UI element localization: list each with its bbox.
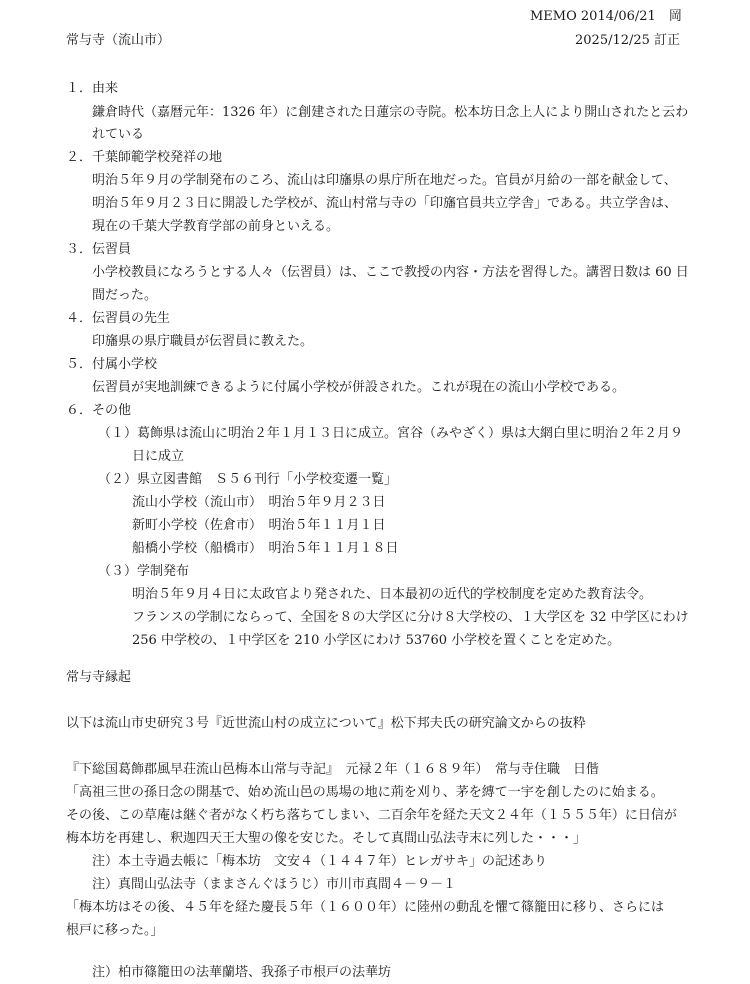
section-3-text: 間だった。 — [92, 289, 157, 302]
engi-source: 『下総国葛飾郡風早荘流山邑梅本山常与寺記』 元禄２年（１６８９年） 常与寺住職 … — [66, 763, 599, 776]
engi-note: 注）真間山弘法寺（ままさんぐほうじ）市川市真間４－９－１ — [92, 878, 456, 891]
engi-title: 常与寺縁起 — [66, 671, 131, 684]
section-3-heading: ３．伝習員 — [66, 243, 131, 256]
school-row: 流山小学校（流山市） 明治５年９月２３日 — [132, 496, 386, 509]
section-3-text: 小学校教員になろうとする人々（伝習員）は、ここで教授の内容・方法を習得した。講習… — [92, 266, 689, 279]
sub-3-text: フランスの学制にならって、全国を８の大学区に分け８大学校の、１大学区を 32 中… — [132, 611, 689, 624]
section-4-heading: ４．伝習員の先生 — [66, 312, 170, 325]
sub-2-heading: （２）県立図書館 Ｓ５６刊行「小学校変遷一覧」 — [98, 473, 397, 486]
sub-3-heading: （３）学制発布 — [98, 565, 189, 578]
engi-quote: その後、この草庵は継ぐ者がなく朽ち落ちてしまい、二百余年を経た天文２４年（１５５… — [66, 809, 677, 822]
school-row: 新町小学校（佐倉市） 明治５年１１月１日 — [132, 519, 386, 532]
document-title: 常与寺（流山市） — [66, 34, 170, 47]
engi-quote: 根戸に移った。」 — [66, 924, 164, 937]
engi-quote: 梅本坊を再建し、釈迦四天王大聖の像を安じた。そして真間山弘法寺末に列した・・・」 — [66, 832, 586, 845]
section-4-text: 印旛県の県庁職員が伝習員に教えた。 — [92, 335, 313, 348]
section-5-heading: ５．付属小学校 — [66, 358, 157, 371]
school-row: 船橋小学校（船橋市） 明治５年１１月１８日 — [132, 542, 399, 555]
section-2-text: 明治５年９月の学制発布のころ、流山は印旛県の県庁所在地だった。官員が月給の一部を… — [92, 174, 677, 187]
section-6-heading: ６．その他 — [66, 404, 131, 417]
engi-note: 注）柏市篠籠田の法華蘭塔、我孫子市根戸の法華坊 — [92, 966, 391, 979]
section-2-text: 現在の千葉大学教育学部の前身といえる。 — [92, 220, 339, 233]
revision-date: 2025/12/25 訂正 — [575, 34, 680, 47]
engi-note: 注）本土寺過去帳に「梅本坊 文安４（１４４７年）ヒレガサキ」の記述あり — [92, 855, 547, 868]
engi-quote: 「梅本坊はその後、４５年を経た慶長５年（１６００年）に陸州の動乱を懼て篠籠田に移… — [66, 901, 664, 914]
section-1-text: れている — [92, 128, 144, 141]
engi-quote: 「高祖三世の孫日念の開基で、始め流山邑の馬場の地に荊を刈り、茅を縛て一宇を創した… — [66, 786, 664, 799]
sub-1-text: 日に成立 — [132, 450, 184, 463]
sub-1-text: （１）葛飾県は流山に明治２年１月１３日に成立。宮谷（みやざく）県は大網白里に明治… — [98, 427, 683, 440]
section-2-heading: ２．千葉師範学校発祥の地 — [66, 151, 222, 164]
engi-intro: 以下は流山市史研究３号『近世流山村の成立について』松下邦夫氏の研究論文からの抜粋 — [66, 717, 586, 730]
sub-3-text: 明治５年９月４日に太政官より発された、日本最初の近代的学校制度を定めた教育法令。 — [132, 588, 652, 601]
section-5-text: 伝習員が実地訓練できるように付属小学校が併設された。これが現在の流山小学校である… — [92, 381, 625, 394]
section-2-text: 明治５年９月２３日に開設した学校が、流山村常与寺の「印旛官員共立学舎」である。共… — [92, 197, 677, 210]
sub-3-text: 256 中学校の、１中学区を 210 小学区にわけ 53760 小学校を置くこと… — [132, 634, 620, 647]
memo-date: MEMO 2014/06/21 岡 — [530, 10, 682, 23]
section-1-text: 鎌倉時代（嘉暦元年：1326 年）に創建された日蓮宗の寺院。松本坊日念上人により… — [92, 106, 688, 119]
section-1-heading: １．由来 — [66, 82, 118, 95]
